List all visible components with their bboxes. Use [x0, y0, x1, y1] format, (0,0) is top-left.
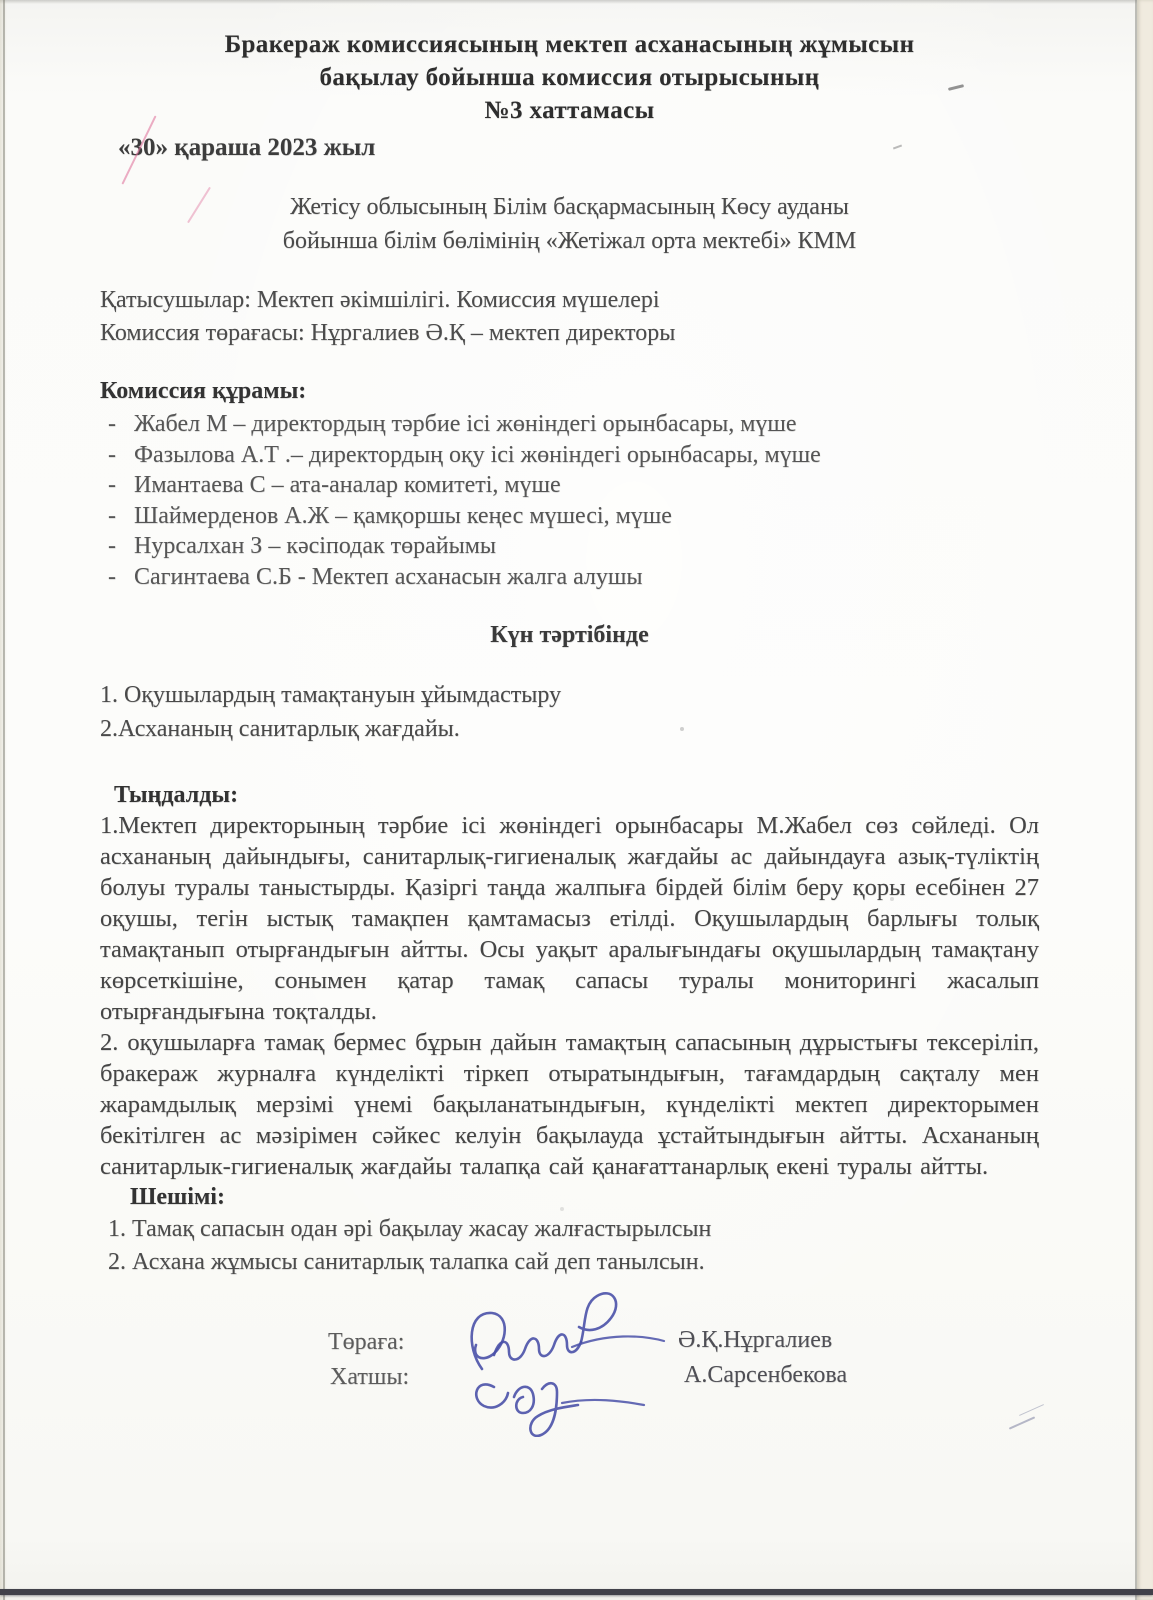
scanned-protocol-page: Бракераж комиссиясының мектеп асханасыны… [0, 0, 1153, 1600]
title-line-2: бақылау бойынша комиссия отырысының [100, 61, 1039, 94]
commission-member-item: - Сагинтаева С.Б - Мектеп асханасын жалг… [100, 562, 1039, 593]
title-line-3: №3 хаттамасы [100, 94, 1039, 127]
secretary-name: А.Сарсенбекова [684, 1362, 847, 1389]
member-text: Фазылова А.Т .– директордың оқу ісі жөні… [134, 440, 821, 471]
heard-paragraph-2: 2. оқушыларға тамақ бермес бұрын дайын т… [100, 1027, 1039, 1182]
chairman-label: Төраға: [328, 1329, 404, 1356]
commission-member-item: - Жабел М – директордың тәрбие ісі жөнін… [100, 409, 1039, 440]
document-title: Бракераж комиссиясының мектеп асханасыны… [100, 28, 1039, 127]
title-line-1: Бракераж комиссиясының мектеп асханасыны… [100, 28, 1039, 61]
decision-heading: Шешімі: [130, 1182, 1039, 1213]
signature-block: Төраға: Хатшы: Ә.Қ.Нұргалиев А.Сарсенбек… [100, 1327, 1039, 1517]
participants-block: Қатысушылар: Мектеп әкімшілігі. Комиссия… [100, 284, 1039, 350]
agenda-item: 1. Оқушылардың тамақтануын ұйымдастыру [100, 678, 1039, 712]
list-dash: - [100, 531, 134, 562]
commission-heading: Комиссия құрамы: [100, 376, 1039, 406]
list-dash: - [100, 409, 134, 440]
list-dash: - [100, 470, 134, 501]
heard-paragraph-1: 1.Мектеп директорының тәрбие ісі жөнінде… [100, 810, 1039, 1027]
commission-member-item: - Имантаева С – ата-аналар комитеті, мүш… [100, 470, 1039, 501]
scan-edge-right-line [1135, 0, 1137, 1600]
secretary-label: Хатшы: [330, 1364, 409, 1391]
organization-line-1: Жетісу облысының Білім басқармасының Көс… [100, 190, 1039, 224]
document-date: «30» қараша 2023 жыл [118, 132, 1039, 163]
agenda-heading: Күн тәртібінде [100, 620, 1039, 650]
commission-member-item: - Шаймерденов А.Ж – қамқоршы кеңес мүшес… [100, 501, 1039, 532]
decision-item: 2. Асхана жұмысы санитарлық талапка сай … [108, 1246, 1039, 1279]
list-dash: - [100, 501, 134, 532]
commission-member-item: - Фазылова А.Т .– директордың оқу ісі жө… [100, 440, 1039, 471]
list-dash: - [100, 440, 134, 471]
list-dash: - [100, 562, 134, 593]
commission-member-list: - Жабел М – директордың тәрбие ісі жөнін… [100, 409, 1039, 592]
chairman-line: Комиссия төрағасы: Нұргалиев Ә.Қ – мекте… [100, 317, 1039, 350]
agenda-items: 1. Оқушылардың тамақтануын ұйымдастыру 2… [100, 678, 1039, 746]
organization-line-2: бойынша білім бөлімінің «Жетіжал орта ме… [100, 224, 1039, 258]
handwritten-signatures-ink [452, 1277, 692, 1437]
scan-edge-top [0, 0, 1153, 4]
document-content: Бракераж комиссиясының мектеп асханасыны… [0, 0, 1153, 1517]
agenda-item: 2.Асхананың санитарлық жағдайы. [100, 712, 1039, 746]
scan-edge-left-line [3, 0, 5, 1600]
member-text: Жабел М – директордың тәрбие ісі жөнінде… [134, 409, 797, 440]
dust-speck-artifact [680, 727, 684, 731]
decision-item: 1. Тамақ сапасын одан әрі бақылау жасау … [108, 1213, 1039, 1246]
scan-edge-bottom [0, 1589, 1153, 1595]
scan-edge-right [1137, 0, 1153, 1600]
attendees-line: Қатысушылар: Мектеп әкімшілігі. Комиссия… [100, 284, 1039, 317]
heard-heading: Тыңдалды: [114, 780, 1039, 810]
member-text: Имантаева С – ата-аналар комитеті, мүше [134, 470, 561, 501]
chairman-name: Ә.Қ.Нұргалиев [678, 1327, 832, 1354]
member-text: Нурсалхан З – кәсіподак төрайымы [134, 531, 496, 562]
member-text: Сагинтаева С.Б - Мектеп асханасын жалга … [134, 562, 643, 593]
member-text: Шаймерденов А.Ж – қамқоршы кеңес мүшесі,… [134, 501, 672, 532]
organization-name: Жетісу облысының Білім басқармасының Көс… [100, 190, 1039, 258]
decision-items: 1. Тамақ сапасын одан әрі бақылау жасау … [108, 1213, 1039, 1279]
commission-member-item: - Нурсалхан З – кәсіподак төрайымы [100, 531, 1039, 562]
